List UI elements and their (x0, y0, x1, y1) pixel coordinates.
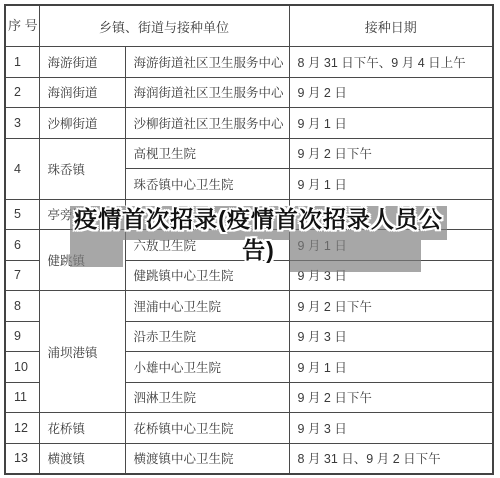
date-cell: 9 月 3 日 (289, 413, 493, 444)
serial-cell: 8 (5, 291, 39, 322)
unit-cell: 横渡镇中心卫生院 (125, 443, 289, 474)
header-vaccination-date: 接种日期 (289, 5, 493, 47)
header-town-and-unit: 乡镇、街道与接种单位 (39, 5, 289, 47)
table-row: 4 珠岙镇 高枧卫生院 9 月 2 日下午 (5, 138, 493, 169)
unit-cell: 浬浦中心卫生院 (125, 291, 289, 322)
date-cell: 9 月 2 日 (289, 77, 493, 108)
unit-cell: 健跳镇中心卫生院 (125, 260, 289, 291)
town-cell: 海润街道 (39, 77, 125, 108)
unit-cell: 沿赤卫生院 (125, 321, 289, 352)
unit-cell: 珠岙镇中心卫生院 (125, 169, 289, 200)
serial-cell: 7 (5, 260, 39, 291)
date-cell: 9 月 3 日 (289, 260, 493, 291)
serial-cell: 9 (5, 321, 39, 352)
date-cell: 9 月 3 日 (289, 321, 493, 352)
town-cell: 花桥镇 (39, 413, 125, 444)
serial-cell: 5 (5, 199, 39, 230)
date-cell: 9 月 1 日 (289, 352, 493, 383)
unit-cell: 海游街道社区卫生服务中心 (125, 47, 289, 78)
town-cell: 海游街道 (39, 47, 125, 78)
date-cell: 9 月 2 日下午 (289, 138, 493, 169)
unit-cell: 海润街道社区卫生服务中心 (125, 77, 289, 108)
town-cell: 沙柳街道 (39, 108, 125, 139)
table-row: 1 海游街道 海游街道社区卫生服务中心 8 月 31 日下午、9 月 4 日上午 (5, 47, 493, 78)
unit-cell: 花桥镇中心卫生院 (125, 413, 289, 444)
vaccination-schedule-table: 序 号 乡镇、街道与接种单位 接种日期 1 海游街道 海游街道社区卫生服务中心 … (4, 4, 494, 475)
unit-cell: 小雄中心卫生院 (125, 352, 289, 383)
town-cell: 浦坝港镇 (39, 291, 125, 413)
table-row: 8 浦坝港镇 浬浦中心卫生院 9 月 2 日下午 (5, 291, 493, 322)
date-cell: 9 月 2 日下午 (289, 291, 493, 322)
page: { "header": { "col_serial": "序\n号", "col… (0, 0, 500, 478)
date-cell: 8 月 31 日下午、9 月 4 日上午 (289, 47, 493, 78)
town-cell: 珠岙镇 (39, 138, 125, 199)
date-cell: 9 月 1 日 (289, 169, 493, 200)
serial-cell: 10 (5, 352, 39, 383)
serial-cell: 4 (5, 138, 39, 199)
serial-cell: 1 (5, 47, 39, 78)
date-cell: 9 月 2 日下午 (289, 382, 493, 413)
date-cell: 9 月 1 日 (289, 108, 493, 139)
serial-cell: 3 (5, 108, 39, 139)
unit-cell: 泗淋卫生院 (125, 382, 289, 413)
serial-cell: 6 (5, 230, 39, 261)
date-cell (289, 199, 493, 230)
header-row: 序 号 乡镇、街道与接种单位 接种日期 (5, 5, 493, 47)
town-cell: 健跳镇 (39, 230, 125, 291)
unit-cell: 六敖卫生院 (125, 230, 289, 261)
header-serial-number: 序 号 (5, 5, 39, 47)
table-row: 3 沙柳街道 沙柳街道社区卫生服务中心 9 月 1 日 (5, 108, 493, 139)
date-cell: 9 月 1 日 (289, 230, 493, 261)
unit-cell: 高枧卫生院 (125, 138, 289, 169)
table-row: 12 花桥镇 花桥镇中心卫生院 9 月 3 日 (5, 413, 493, 444)
unit-cell: 沙柳街道社区卫生服务中心 (125, 108, 289, 139)
town-cell: 亭旁镇 (39, 199, 125, 230)
unit-cell (125, 199, 289, 230)
table-row: 6 健跳镇 六敖卫生院 9 月 1 日 (5, 230, 493, 261)
serial-cell: 2 (5, 77, 39, 108)
town-cell: 横渡镇 (39, 443, 125, 474)
date-cell: 8 月 31 日、9 月 2 日下午 (289, 443, 493, 474)
serial-cell: 13 (5, 443, 39, 474)
table-row: 13 横渡镇 横渡镇中心卫生院 8 月 31 日、9 月 2 日下午 (5, 443, 493, 474)
serial-cell: 12 (5, 413, 39, 444)
table-row: 5 亭旁镇 (5, 199, 493, 230)
serial-cell: 11 (5, 382, 39, 413)
table-row: 2 海润街道 海润街道社区卫生服务中心 9 月 2 日 (5, 77, 493, 108)
